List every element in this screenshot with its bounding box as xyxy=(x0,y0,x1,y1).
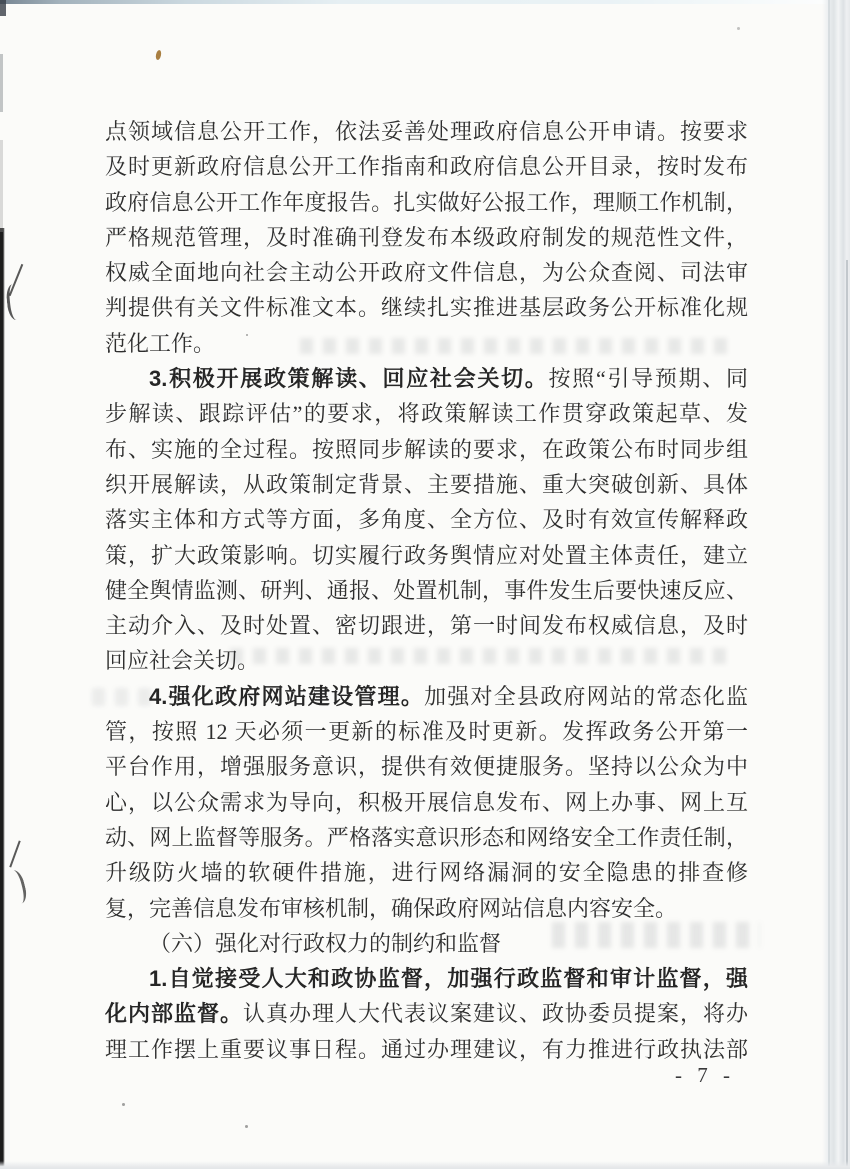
text-line: 策，扩大政策影响。切实履行政务舆情应对处置主体责任，建立 xyxy=(105,538,748,573)
text-line: 心，以公众需求为导向，积极开展信息发布、网上办事、网上互 xyxy=(105,785,748,820)
text-segment: 健全舆情监测、研判、通报、处置机制，事件发生后要快速反应、 xyxy=(105,578,748,603)
text-segment: 权威全面地向社会主动公开政府文件信息，为公众查阅、司法审 xyxy=(105,260,748,285)
scan-edge-top xyxy=(0,0,850,4)
text-line: 落实主体和方式等方面，多角度、全方位、及时有效宣传解释政 xyxy=(105,502,748,537)
text-segment: 范化工作。 xyxy=(105,331,215,356)
paper-stack-line xyxy=(846,260,848,1169)
text-line: 4.强化政府网站建设管理。加强对全县政府网站的常态化监 xyxy=(105,679,748,714)
text-line: 步解读、跟踪评估”的要求，将政策解读工作贯穿政策起草、发 xyxy=(105,396,748,431)
text-segment: 按照“引导预期、同 xyxy=(549,366,748,391)
paper-speck xyxy=(122,1103,125,1106)
text-segment: 心，以公众需求为导向，积极开展信息发布、网上办事、网上互 xyxy=(105,790,748,815)
text-segment: 认真办理人大代表议案建议、政协委员提案，将办 xyxy=(243,1001,748,1026)
text-line: 主动介入、及时处置、密切跟进，第一时间发布权威信息，及时 xyxy=(105,608,748,643)
text-line: 复，完善信息发布审核机制，确保政府网站信息内容安全。 xyxy=(105,891,748,926)
handwritten-mark xyxy=(5,283,24,320)
scan-edge-left xyxy=(0,228,5,1169)
scan-edge-left-faint xyxy=(0,140,3,232)
text-line: 平台作用，增强服务意识，提供有效便捷服务。坚持以公众为中 xyxy=(105,749,748,784)
page-number: - 7 - xyxy=(655,1063,755,1088)
text-segment: 回应社会关切。 xyxy=(105,648,259,673)
handwritten-mark xyxy=(6,869,29,906)
text-segment: 复，完善信息发布审核机制，确保政府网站信息内容安全。 xyxy=(105,896,677,921)
text-line: 严格规范管理，及时准确刊登发布本级政府制发的规范性文件， xyxy=(105,220,748,255)
text-segment: 及时更新政府信息公开工作指南和政府信息公开目录，按时发布 xyxy=(105,154,748,179)
text-segment: 落实主体和方式等方面，多角度、全方位、及时有效宣传解释政 xyxy=(105,507,748,532)
bold-heading-segment: 1.自觉接受人大和政协监督，加强行政监督和审计监督，强 xyxy=(149,966,748,991)
text-line: （六）强化对行政权力的制约和监督 xyxy=(105,926,748,961)
paper-speck xyxy=(737,27,740,30)
text-segment: 理工作摆上重要议事日程。通过办理建议，有力推进行政执法部 xyxy=(105,1037,748,1062)
text-block: 点领域信息公开工作，依法妥善处理政府信息公开申请。按要求及时更新政府信息公开工作… xyxy=(105,114,748,1067)
text-segment: （六）强化对行政权力的制约和监督 xyxy=(149,931,501,956)
text-line: 升级防火墙的软硬件措施，进行网络漏洞的安全隐患的排查修 xyxy=(105,855,748,890)
text-line: 权威全面地向社会主动公开政府文件信息，为公众查阅、司法审 xyxy=(105,255,748,290)
text-line: 健全舆情监测、研判、通报、处置机制，事件发生后要快速反应、 xyxy=(105,573,748,608)
paper-speck xyxy=(155,50,162,61)
bold-heading-segment: 3.积极开展政策解读、回应社会关切。 xyxy=(149,366,549,391)
text-segment: 步解读、跟踪评估”的要求，将政策解读工作贯穿政策起草、发 xyxy=(105,401,748,426)
text-line: 化内部监督。认真办理人大代表议案建议、政协委员提案，将办 xyxy=(105,996,748,1031)
text-segment: 严格规范管理，及时准确刊登发布本级政府制发的规范性文件， xyxy=(105,225,748,250)
text-segment: 策，扩大政策影响。切实履行政务舆情应对处置主体责任，建立 xyxy=(105,543,748,568)
text-segment: 主动介入、及时处置、密切跟进，第一时间发布权威信息，及时 xyxy=(105,613,748,638)
text-segment: 动、网上监督等服务。严格落实意识形态和网络安全工作责任制， xyxy=(105,825,748,850)
text-line: 管，按照 12 天必须一更新的标准及时更新。发挥政务公开第一 xyxy=(105,714,748,749)
scan-edge-dash xyxy=(0,54,3,112)
scan-edge-dash xyxy=(0,0,6,16)
text-line: 织开展解读，从政策制定背景、主要措施、重大突破创新、具体 xyxy=(105,467,748,502)
text-line: 理工作摆上重要议事日程。通过办理建议，有力推进行政执法部 xyxy=(105,1032,748,1067)
paper-speck xyxy=(245,1125,248,1128)
text-line: 点领域信息公开工作，依法妥善处理政府信息公开申请。按要求 xyxy=(105,114,748,149)
paper-stack-line xyxy=(828,0,830,1169)
text-line: 判提供有关文件标准文本。继续扎实推进基层政务公开标准化规 xyxy=(105,290,748,325)
bold-heading-segment: 4.强化政府网站建设管理。 xyxy=(149,684,424,709)
text-segment: 织开展解读，从政策制定背景、主要措施、重大突破创新、具体 xyxy=(105,472,748,497)
text-segment: 升级防火墙的软硬件措施，进行网络漏洞的安全隐患的排查修 xyxy=(105,860,748,885)
text-segment: 加强对全县政府网站的常态化监 xyxy=(424,684,748,709)
text-line: 范化工作。 xyxy=(105,326,748,361)
text-line: 动、网上监督等服务。严格落实意识形态和网络安全工作责任制， xyxy=(105,820,748,855)
scan-edge-bottom xyxy=(0,1161,850,1169)
text-segment: 平台作用，增强服务意识，提供有效便捷服务。坚持以公众为中 xyxy=(105,754,748,779)
text-line: 政府信息公开工作年度报告。扎实做好公报工作，理顺工作机制， xyxy=(105,185,748,220)
document-page: 点领域信息公开工作，依法妥善处理政府信息公开申请。按要求及时更新政府信息公开工作… xyxy=(0,0,850,1169)
text-segment: 点领域信息公开工作，依法妥善处理政府信息公开申请。按要求 xyxy=(105,119,748,144)
text-line: 3.积极开展政策解读、回应社会关切。按照“引导预期、同 xyxy=(105,361,748,396)
text-segment: 政府信息公开工作年度报告。扎实做好公报工作，理顺工作机制， xyxy=(105,190,748,215)
text-segment: 判提供有关文件标准文本。继续扎实推进基层政务公开标准化规 xyxy=(105,295,748,320)
text-line: 回应社会关切。 xyxy=(105,643,748,678)
handwritten-mark xyxy=(9,841,20,868)
text-line: 布、实施的全过程。按照同步解读的要求，在政策公布时同步组 xyxy=(105,432,748,467)
text-segment: 管，按照 12 天必须一更新的标准及时更新。发挥政务公开第一 xyxy=(105,719,748,744)
bold-heading-segment: 化内部监督。 xyxy=(105,1001,243,1026)
text-segment: 布、实施的全过程。按照同步解读的要求，在政策公布时同步组 xyxy=(105,437,748,462)
text-line: 及时更新政府信息公开工作指南和政府信息公开目录，按时发布 xyxy=(105,149,748,184)
text-line: 1.自觉接受人大和政协监督，加强行政监督和审计监督，强 xyxy=(105,961,748,996)
